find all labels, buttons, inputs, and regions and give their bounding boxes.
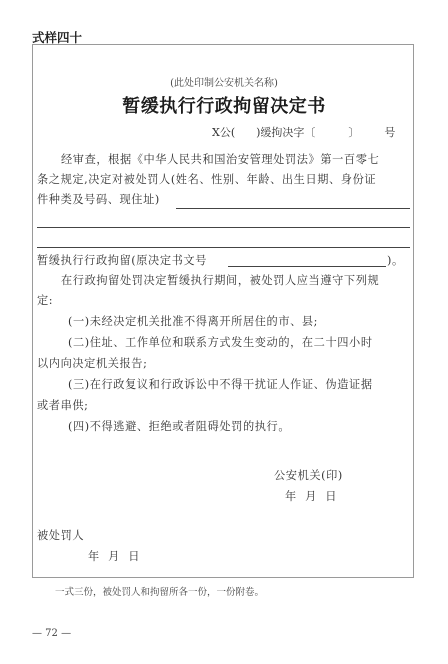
rule-3-line2: 或者串供; bbox=[37, 397, 89, 413]
doc-number-prefix: X公( bbox=[212, 124, 235, 140]
authority-seal-label: 公安机关(印) bbox=[274, 467, 343, 483]
paragraph1-line1: 经审查，根据《中华人民共和国治安管理处罚法》第一百零七 bbox=[61, 151, 379, 167]
page-number: — 72 — bbox=[32, 628, 71, 639]
person-info-field-line2[interactable] bbox=[37, 227, 410, 228]
punished-person-date: 年 月 日 bbox=[88, 548, 140, 564]
rule-2-line2: 以内向决定机关报告; bbox=[37, 355, 147, 371]
rule-4: (四)不得逃避、拒绝或者阻碍处罚的执行。 bbox=[68, 418, 290, 434]
punished-person-label: 被处罚人 bbox=[37, 527, 84, 543]
doc-number-suffix: 号 bbox=[384, 124, 395, 140]
doc-number-close: 〕 bbox=[348, 124, 359, 140]
doc-number-middle: )缓拘决字〔 bbox=[256, 124, 315, 140]
person-info-field[interactable] bbox=[176, 208, 410, 209]
rule-2-line1: (二)住址、工作单位和联系方式发生变动的，在二十四小时 bbox=[68, 334, 373, 350]
person-info-field-line3[interactable] bbox=[37, 247, 410, 248]
copies-note: 一式三份，被处罚人和拘留所各一份，一份附卷。 bbox=[55, 584, 264, 598]
authority-date: 年 月 日 bbox=[285, 488, 337, 504]
suspend-label: 暂缓执行行政拘留(原决定书文号 bbox=[37, 252, 207, 268]
rule-1: (一)未经决定机关批准不得离开所居住的市、县; bbox=[68, 313, 318, 329]
paragraph2-line2: 定: bbox=[37, 292, 53, 308]
suspend-end: )。 bbox=[387, 252, 404, 268]
paragraph1-line2: 条之规定,决定对被处罚人(姓名、性别、年龄、出生日期、身份证 bbox=[37, 171, 376, 187]
document-title: 暂缓执行行政拘留决定书 bbox=[0, 92, 448, 118]
paragraph1-line3: 件种类及号码、现住址) bbox=[37, 191, 160, 207]
rule-3-line1: (三)在行政复议和行政诉讼中不得干扰证人作证、伪造证据 bbox=[68, 376, 373, 392]
agency-placeholder: (此处印制公安机关名称) bbox=[0, 74, 448, 89]
original-decision-number-field[interactable] bbox=[228, 266, 386, 267]
document-number: X公( )缓拘决字〔 〕 号 bbox=[212, 124, 395, 140]
paragraph2-line1: 在行政拘留处罚决定暂缓执行期间，被处罚人应当遵守下列规 bbox=[61, 272, 379, 288]
